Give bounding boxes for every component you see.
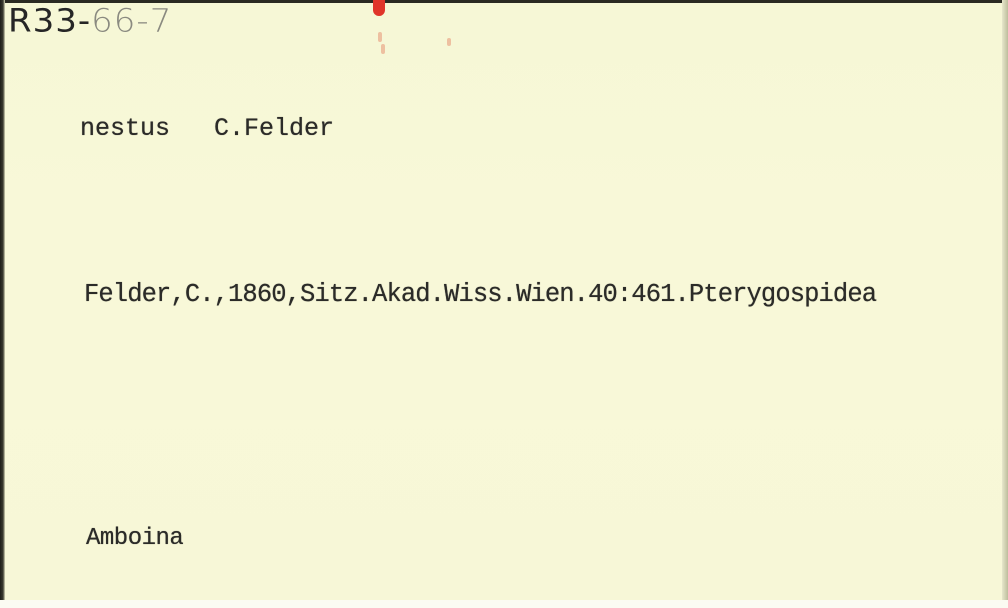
card-bottom-edge — [0, 600, 1008, 608]
taxon-name-line: nestusC.Felder — [80, 116, 334, 141]
catalog-number-ink: R33- — [8, 2, 91, 40]
card-left-edge — [0, 0, 5, 600]
catalog-number: R33-66-7 — [8, 5, 172, 37]
red-tab-mark — [373, 0, 385, 16]
index-card: R33-66-7 nestusC.Felder Felder,C.,1860,S… — [0, 0, 1008, 608]
red-speck — [381, 44, 385, 54]
citation: Felder,C.,1860,Sitz.Akad.Wiss.Wien.40:46… — [84, 282, 876, 308]
card-right-edge — [1002, 0, 1008, 608]
species-name: nestus — [80, 114, 170, 143]
locality: Amboina — [86, 527, 183, 551]
red-speck — [378, 32, 382, 42]
catalog-number-pencil: 66-7 — [91, 2, 172, 40]
species-author: C.Felder — [214, 114, 334, 143]
red-speck — [447, 38, 451, 46]
